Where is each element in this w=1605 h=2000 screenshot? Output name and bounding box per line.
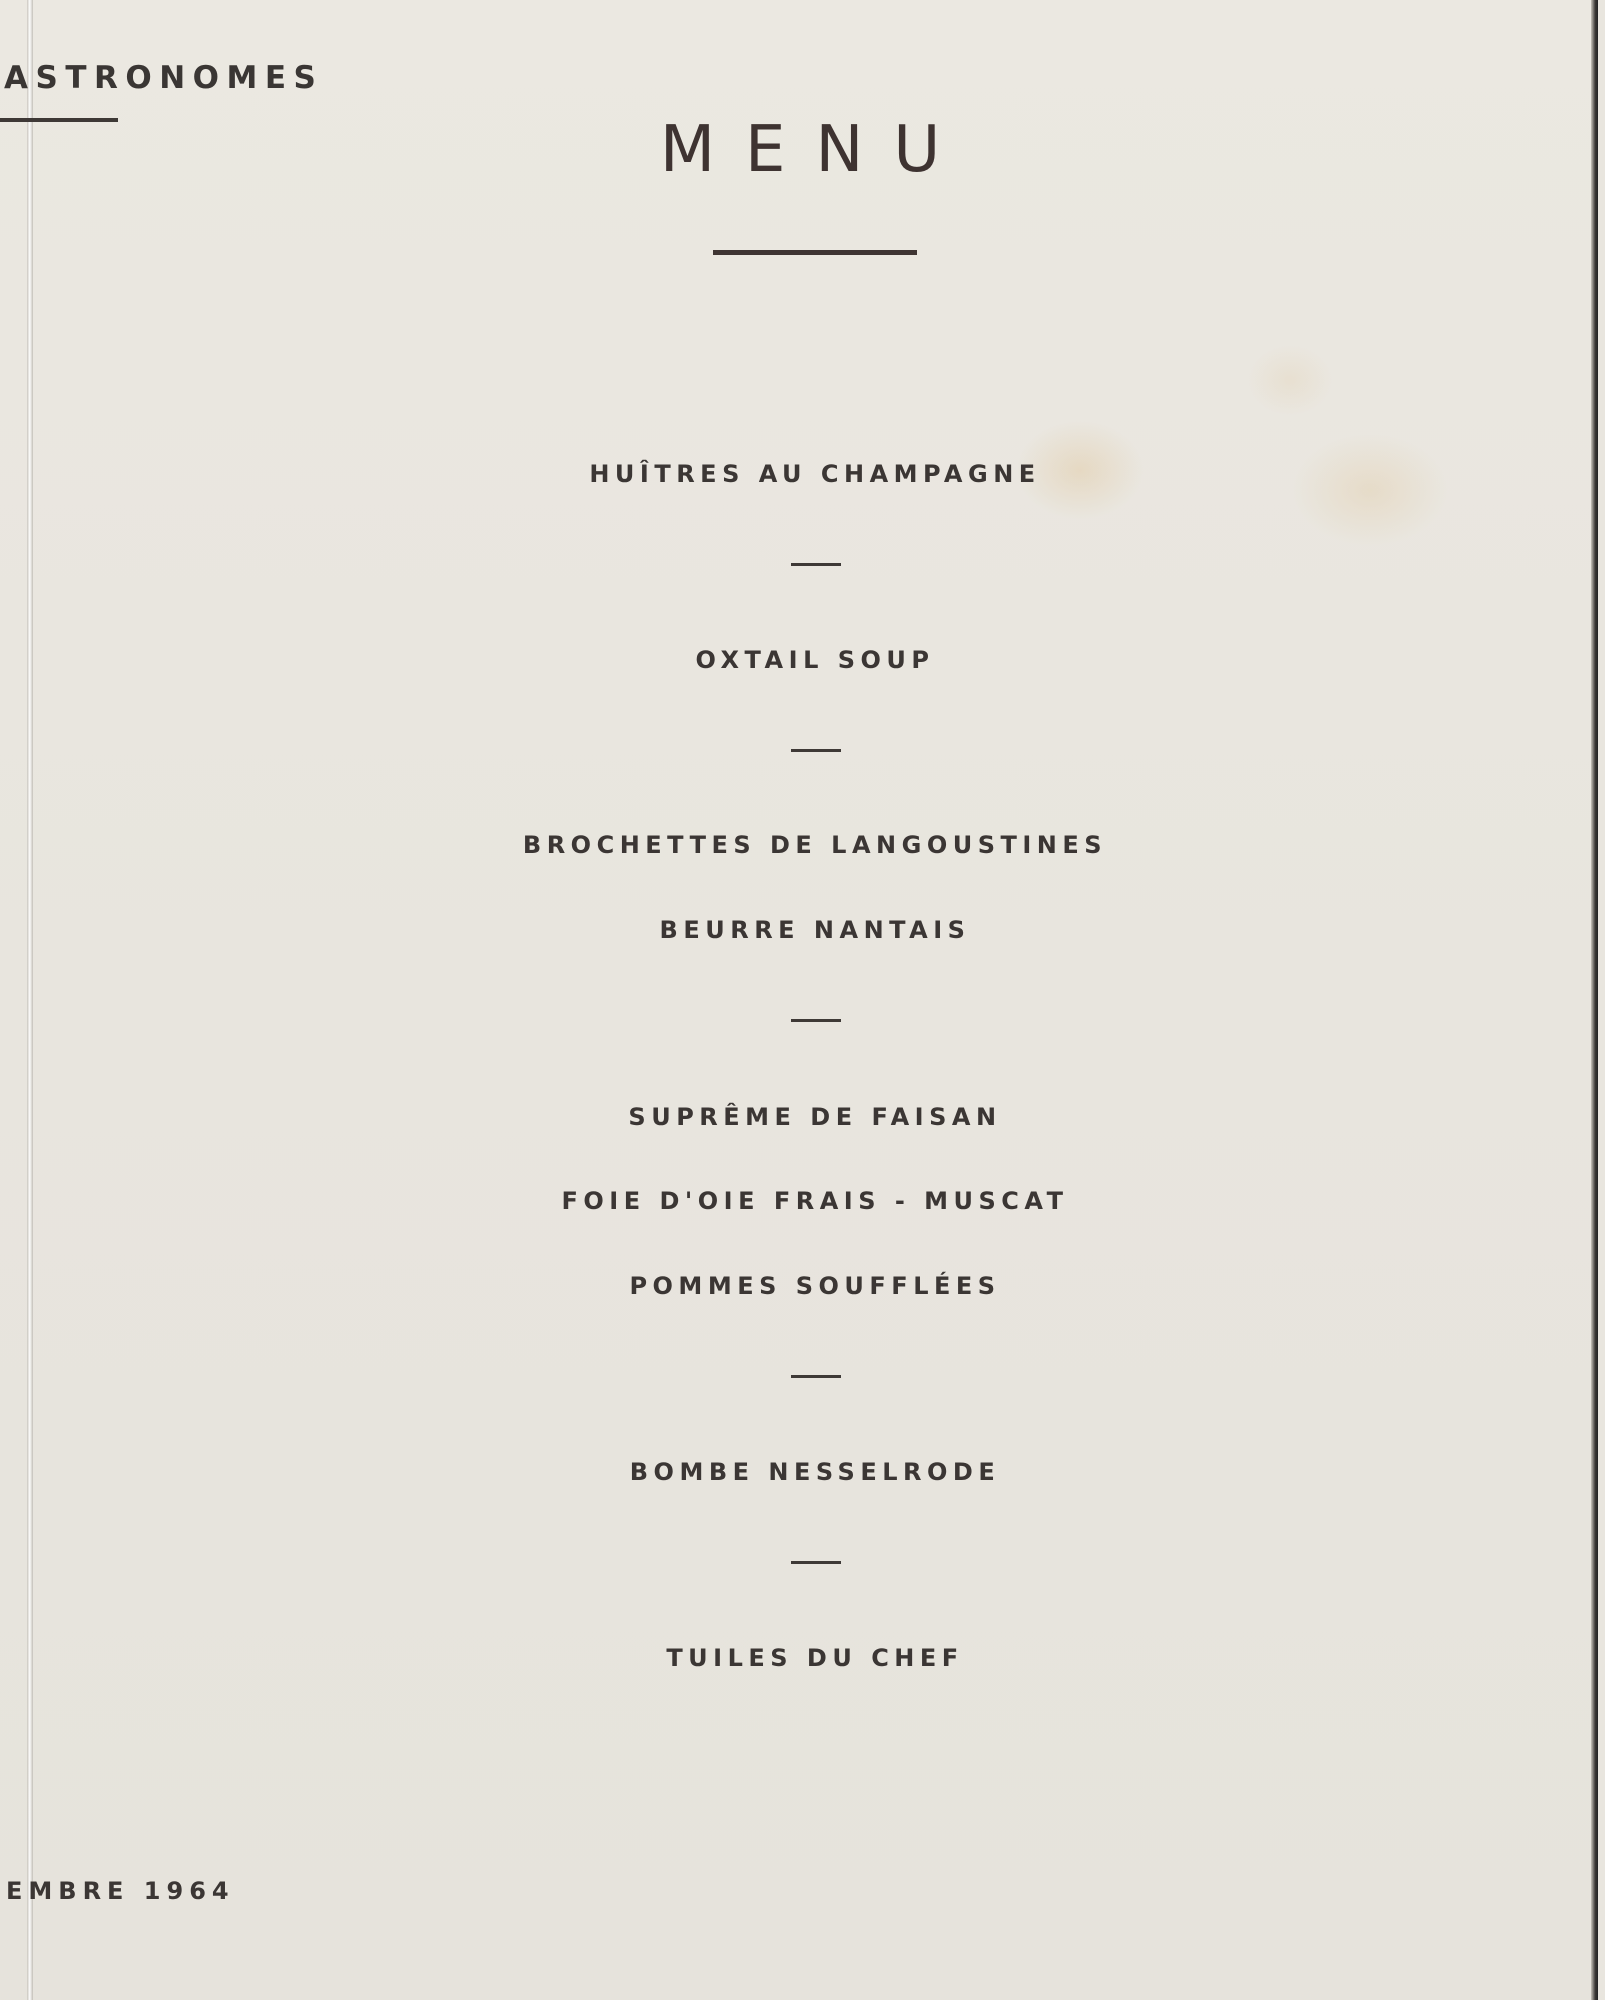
- menu-item: BROCHETTES DE LANGOUSTINES: [0, 833, 1605, 857]
- menu-item: FOIE D'OIE FRAIS - MUSCAT: [0, 1189, 1605, 1213]
- course-divider: [791, 1375, 841, 1378]
- menu-list: HUÎTRES AU CHAMPAGNE OXTAIL SOUP BROCHET…: [0, 0, 1605, 2000]
- menu-item: BOMBE NESSELRODE: [0, 1460, 1605, 1484]
- menu-item: SUPRÊME DE FAISAN: [0, 1105, 1605, 1129]
- menu-item: OXTAIL SOUP: [0, 648, 1605, 672]
- course-divider: [791, 749, 841, 752]
- course-divider: [791, 1561, 841, 1564]
- menu-item: HUÎTRES AU CHAMPAGNE: [0, 462, 1605, 486]
- footer-date: EMBRE 1964: [6, 1877, 235, 1905]
- course-divider: [791, 563, 841, 566]
- menu-item: TUILES DU CHEF: [0, 1646, 1605, 1670]
- menu-item: BEURRE NANTAIS: [0, 918, 1605, 942]
- course-divider: [791, 1019, 841, 1022]
- menu-item: POMMES SOUFFLÉES: [0, 1274, 1605, 1298]
- menu-card: ASTRONOMES MENU HUÎTRES AU CHAMPAGNE OXT…: [0, 0, 1598, 2000]
